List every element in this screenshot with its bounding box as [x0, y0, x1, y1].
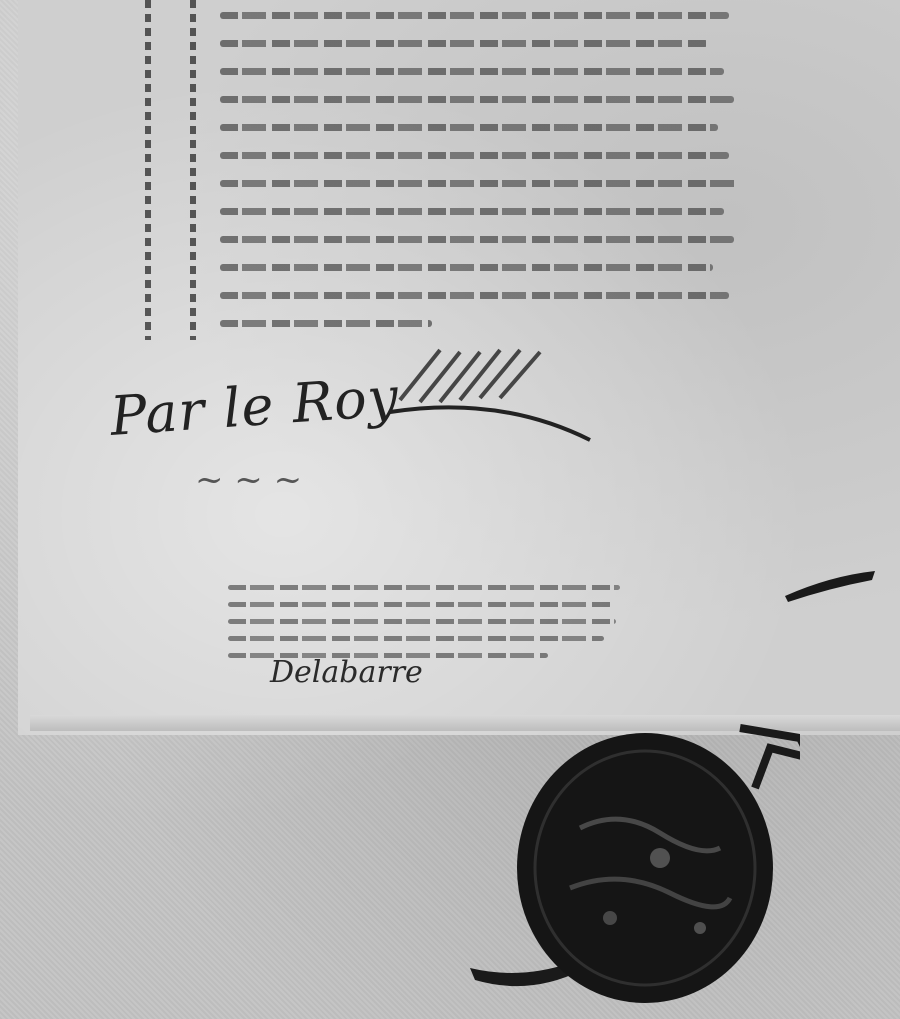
countersignature: Delabarre — [270, 655, 423, 690]
text-line — [220, 40, 708, 47]
text-line — [220, 320, 432, 327]
text-line — [220, 180, 739, 187]
text-line — [228, 636, 604, 641]
wax-seal-icon — [470, 718, 800, 1018]
text-line — [228, 585, 620, 590]
text-line — [220, 152, 729, 159]
secretary-scrawl: ~ ~ ~ — [195, 460, 302, 500]
text-line — [220, 124, 718, 131]
text-line — [220, 96, 734, 103]
paraph-flourish-icon — [380, 340, 600, 450]
ink-stroke-icon — [780, 566, 880, 606]
text-line — [220, 12, 729, 19]
text-line — [228, 602, 612, 607]
text-line — [220, 68, 724, 75]
margin-rule-right — [190, 0, 196, 340]
illegible-body-text — [220, 12, 750, 348]
text-line — [220, 208, 724, 215]
text-line — [228, 619, 616, 624]
text-line — [220, 236, 734, 243]
text-line — [220, 264, 713, 271]
margin-rule-left — [145, 0, 151, 340]
text-line — [220, 292, 729, 299]
